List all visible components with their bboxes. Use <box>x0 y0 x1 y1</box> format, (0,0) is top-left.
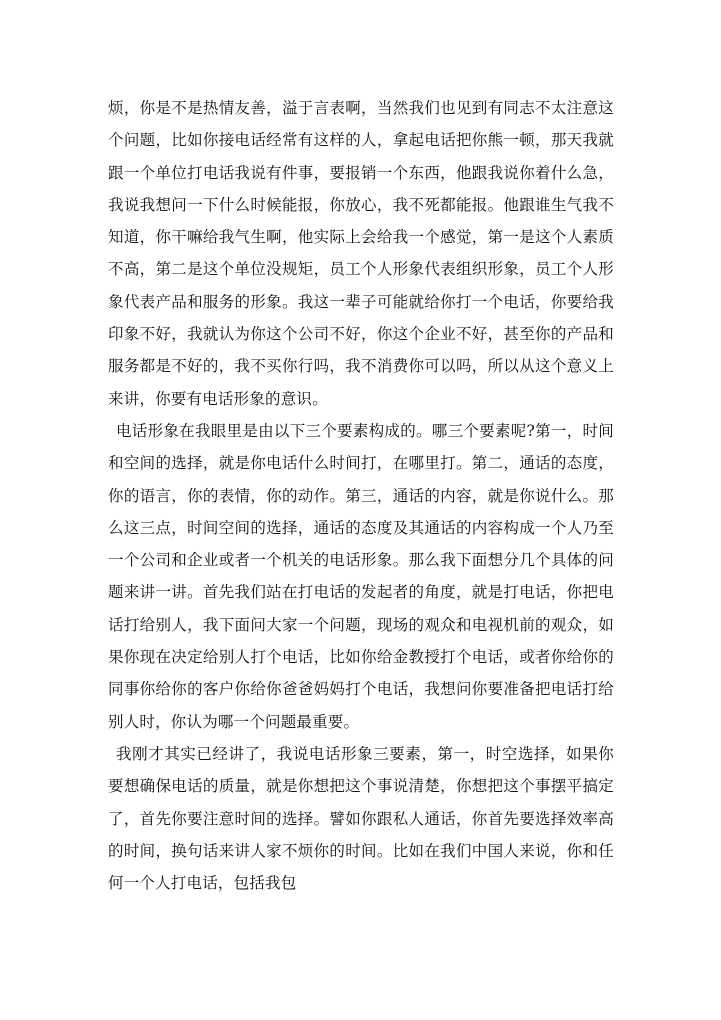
paragraph-3: 我刚才其实已经讲了，我说电话形象三要素，第一，时空选择，如果你要想确保电话的质量… <box>108 738 614 899</box>
document-page: 烦，你是不是热情友善，溢于言表啊，当然我们也见到有同志不太注意这个问题，比如你接… <box>108 92 614 899</box>
paragraph-2: 电话形象在我眼里是由以下三个要素构成的。哪三个要素呢?第一，时间和空间的选择，就… <box>108 415 614 738</box>
paragraph-1: 烦，你是不是热情友善，溢于言表啊，当然我们也见到有同志不太注意这个问题，比如你接… <box>108 92 614 415</box>
